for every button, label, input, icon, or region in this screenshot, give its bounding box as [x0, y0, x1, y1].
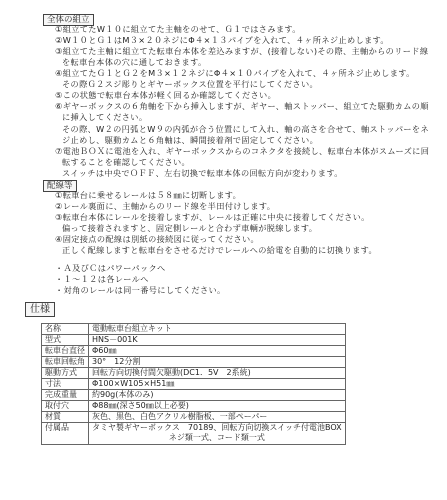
wiring-step-3-cont: 偏って接着されますと、固定側レールと合わず車輌が脱線します。 [62, 223, 317, 234]
spec-key-diameter: 転車台直径 [42, 346, 89, 357]
spec-key-mount-hole: 取付穴 [42, 401, 89, 412]
wiring-step-3: ③転車台本体にレールを接着しますが、レールは正確に中央に接着してください。 [55, 212, 370, 223]
spec-value-accessories: タミヤ製ギヤーボックス 70189、回転方向切換スイッチ付電池BOX ネジ類一式… [89, 423, 346, 445]
assembly-step-4: ④組立てたＧ１とＧ２をM３×１２ネジにΦ４×１０パイプを入れて、４ヶ所ネジ止めし… [55, 68, 415, 79]
assembly-step-6-note-cont: ジ止めし、駆動カムと６角軸は、瞬間接着剤で固定してください。 [62, 135, 318, 146]
spec-key-accessories: 付属品 [42, 423, 89, 445]
spec-value-weight: 約90g(本体のみ) [89, 390, 346, 401]
assembly-step-6: ⑥ギヤーボックスの６角軸を下から挿入しますが、ギヤー、軸ストッパー、組立てた駆動… [55, 101, 429, 112]
table-row: 名称 電動転車台組立キット [42, 324, 346, 335]
spec-value-accessories-line2: ネジ類一式、コード類一式 [92, 433, 342, 443]
wiring-note-1: ・Ａ及びＣはパワーパックへ [55, 263, 166, 274]
spec-value-mount-hole: Φ88㎜(深さ50㎜以上必要) [89, 401, 346, 412]
table-row: 材質 灰色、黒色、白色アクリル樹脂板、一部ペーパー [42, 412, 346, 423]
spec-value-diameter: Φ60㎜ [89, 346, 346, 357]
spec-value-accessories-line1: タミヤ製ギヤーボックス 70189、回転方向切換スイッチ付電池BOX [92, 423, 342, 432]
table-row: 寸法 Φ100×W105×H51㎜ [42, 379, 346, 390]
table-row: 完成重量 約90g(本体のみ) [42, 390, 346, 401]
spec-table: 名称 電動転車台組立キット 型式 HNS－001K 転車台直径 Φ60㎜ 転車回… [41, 323, 346, 445]
assembly-step-6-note: その際、W２の円弧とW９の内弧が合う位置にして入れ、軸の高さを合せて、軸ストッパ… [62, 124, 429, 135]
spec-value-material: 灰色、黒色、白色アクリル樹脂板、一部ペーパー [89, 412, 346, 423]
wiring-note-3: ・対角のレールは同一番号にしてください。 [55, 285, 226, 296]
spec-key-name: 名称 [42, 324, 89, 335]
spec-value-model: HNS－001K [89, 335, 346, 346]
spec-value-name: 電動転車台組立キット [89, 324, 346, 335]
wiring-step-4: ④固定接点の配線は別紙の接続図に従ってください。 [55, 234, 259, 245]
spec-key-drive: 駆動方式 [42, 368, 89, 379]
table-row: 型式 HNS－001K [42, 335, 346, 346]
wiring-step-4-cont: 正しく配線しますと転車台をさせるだけでレールへの給電を自動的に切換ります。 [62, 245, 377, 256]
instruction-page: 全体の組立 ①組立てたW１０に組立てた主軸をのせて、Ｇ１ではさみます。 ②W１０… [0, 0, 447, 500]
assembly-step-4-cont: その際Ｇ２スジ彫りとギヤーボックス位置を平行にしてください。 [62, 79, 318, 90]
assembly-step-7: ⑦電池ＢＯＸに電池を入れ、ギヤーボックスからのコネクタを接続し、転車台本体がスム… [55, 146, 429, 157]
assembly-step-2: ②W１０とＧ１はM３×２０ネジにΦ４×１３パイプを入れて、４ヶ所ネジ止めします。 [55, 35, 389, 46]
assembly-step-3: ③組立てた主軸に組立てた転車台本体を差込みますが、(接着しない)その際、主軸から… [55, 46, 428, 57]
spec-key-rotation-angle: 転車回転角 [42, 357, 89, 368]
assembly-step-3-cont: を転車台本体の穴に通しておきます。 [62, 57, 206, 68]
table-row: 駆動方式 回転方向切換付間欠駆動(DC1．5V 2系統) [42, 368, 346, 379]
assembly-step-6-cont: に挿入してください。 [62, 112, 147, 123]
spec-key-weight: 完成重量 [42, 390, 89, 401]
assembly-step-1: ①組立てたW１０に組立てた主軸をのせて、Ｇ１ではさみます。 [55, 24, 301, 35]
spec-key-material: 材質 [42, 412, 89, 423]
table-row: 転車台直径 Φ60㎜ [42, 346, 346, 357]
wiring-step-1: ①転車台に乗せるレールは５８㎜に切断します。 [55, 190, 241, 201]
spec-section-title: 仕様 [25, 302, 55, 317]
spec-value-drive: 回転方向切換付間欠駆動(DC1．5V 2系統) [89, 368, 346, 379]
spec-key-dimensions: 寸法 [42, 379, 89, 390]
assembly-step-7-cont: 転することを確認してください。 [62, 157, 190, 168]
wiring-step-2: ②レール裏面に、主軸からのリード線を半田付けします。 [55, 201, 275, 212]
spec-value-dimensions: Φ100×W105×H51㎜ [89, 379, 346, 390]
wiring-note-2: ・１～１２は各レールへ [55, 274, 149, 285]
table-row: 転車回転角 30° 12分割 [42, 357, 346, 368]
table-row: 取付穴 Φ88㎜(深さ50㎜以上必要) [42, 401, 346, 412]
spec-key-model: 型式 [42, 335, 89, 346]
table-row: 付属品 タミヤ製ギヤーボックス 70189、回転方向切換スイッチ付電池BOX ネ… [42, 423, 346, 445]
assembly-step-7-note: スイッチは中央でＯＦＦ、左右切換で転車本体の回転方向が変わります。 [62, 168, 343, 179]
assembly-step-5: ⑤この状態で転車台本体が軽く回るか確認してください。 [55, 90, 276, 101]
spec-value-rotation-angle: 30° 12分割 [89, 357, 346, 368]
